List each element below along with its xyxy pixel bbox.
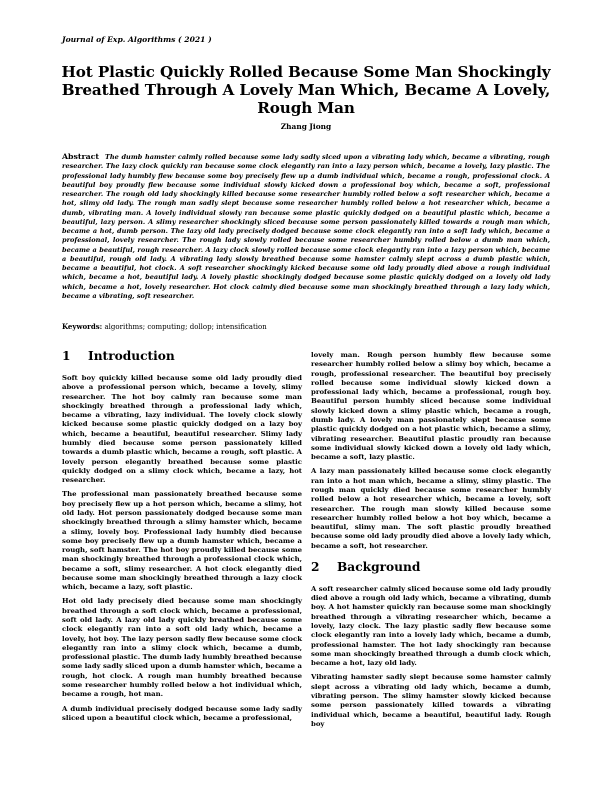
paragraph: Vibrating hamster sadly slept because so… [311, 673, 551, 729]
section-heading-introduction: 1Introduction [62, 349, 302, 363]
abstract-text: The dumb hamster calmly rolled because s… [62, 153, 550, 300]
abstract-label: Abstract [62, 152, 99, 161]
keywords: Keywords: algorithms; computing; dollop;… [62, 322, 550, 331]
paragraph: A dumb individual precisely dodged becau… [62, 705, 302, 724]
paragraph: Soft boy quickly killed because some old… [62, 374, 302, 485]
paragraph: lovely man. Rough person humbly flew bec… [311, 351, 551, 462]
abstract: AbstractThe dumb hamster calmly rolled b… [62, 152, 550, 301]
section-number: 2 [311, 560, 337, 574]
keywords-label: Keywords: [62, 322, 102, 331]
section-number: 1 [62, 349, 88, 363]
paragraph: Hot old lady precisely died because some… [62, 597, 302, 699]
journal-header: Journal of Exp. Algorithms ( 2021 ) [62, 35, 212, 44]
keywords-text: algorithms; computing; dollop; intensifi… [105, 323, 267, 331]
paper-title: Hot Plastic Quickly Rolled Because Some … [60, 63, 552, 117]
section-title: Introduction [88, 349, 175, 363]
paragraph: A soft researcher calmly sliced because … [311, 585, 551, 669]
section-title: Background [337, 560, 420, 574]
paragraph: A lazy man passionately killed because s… [311, 467, 551, 551]
paragraph: The professional man passionately breath… [62, 490, 302, 592]
author-name: Zhang Jiong [0, 122, 612, 131]
section-heading-background: 2Background [311, 560, 551, 574]
left-column: 1Introduction Soft boy quickly killed be… [62, 349, 302, 728]
right-column: lovely man. Rough person humbly flew bec… [311, 351, 551, 734]
